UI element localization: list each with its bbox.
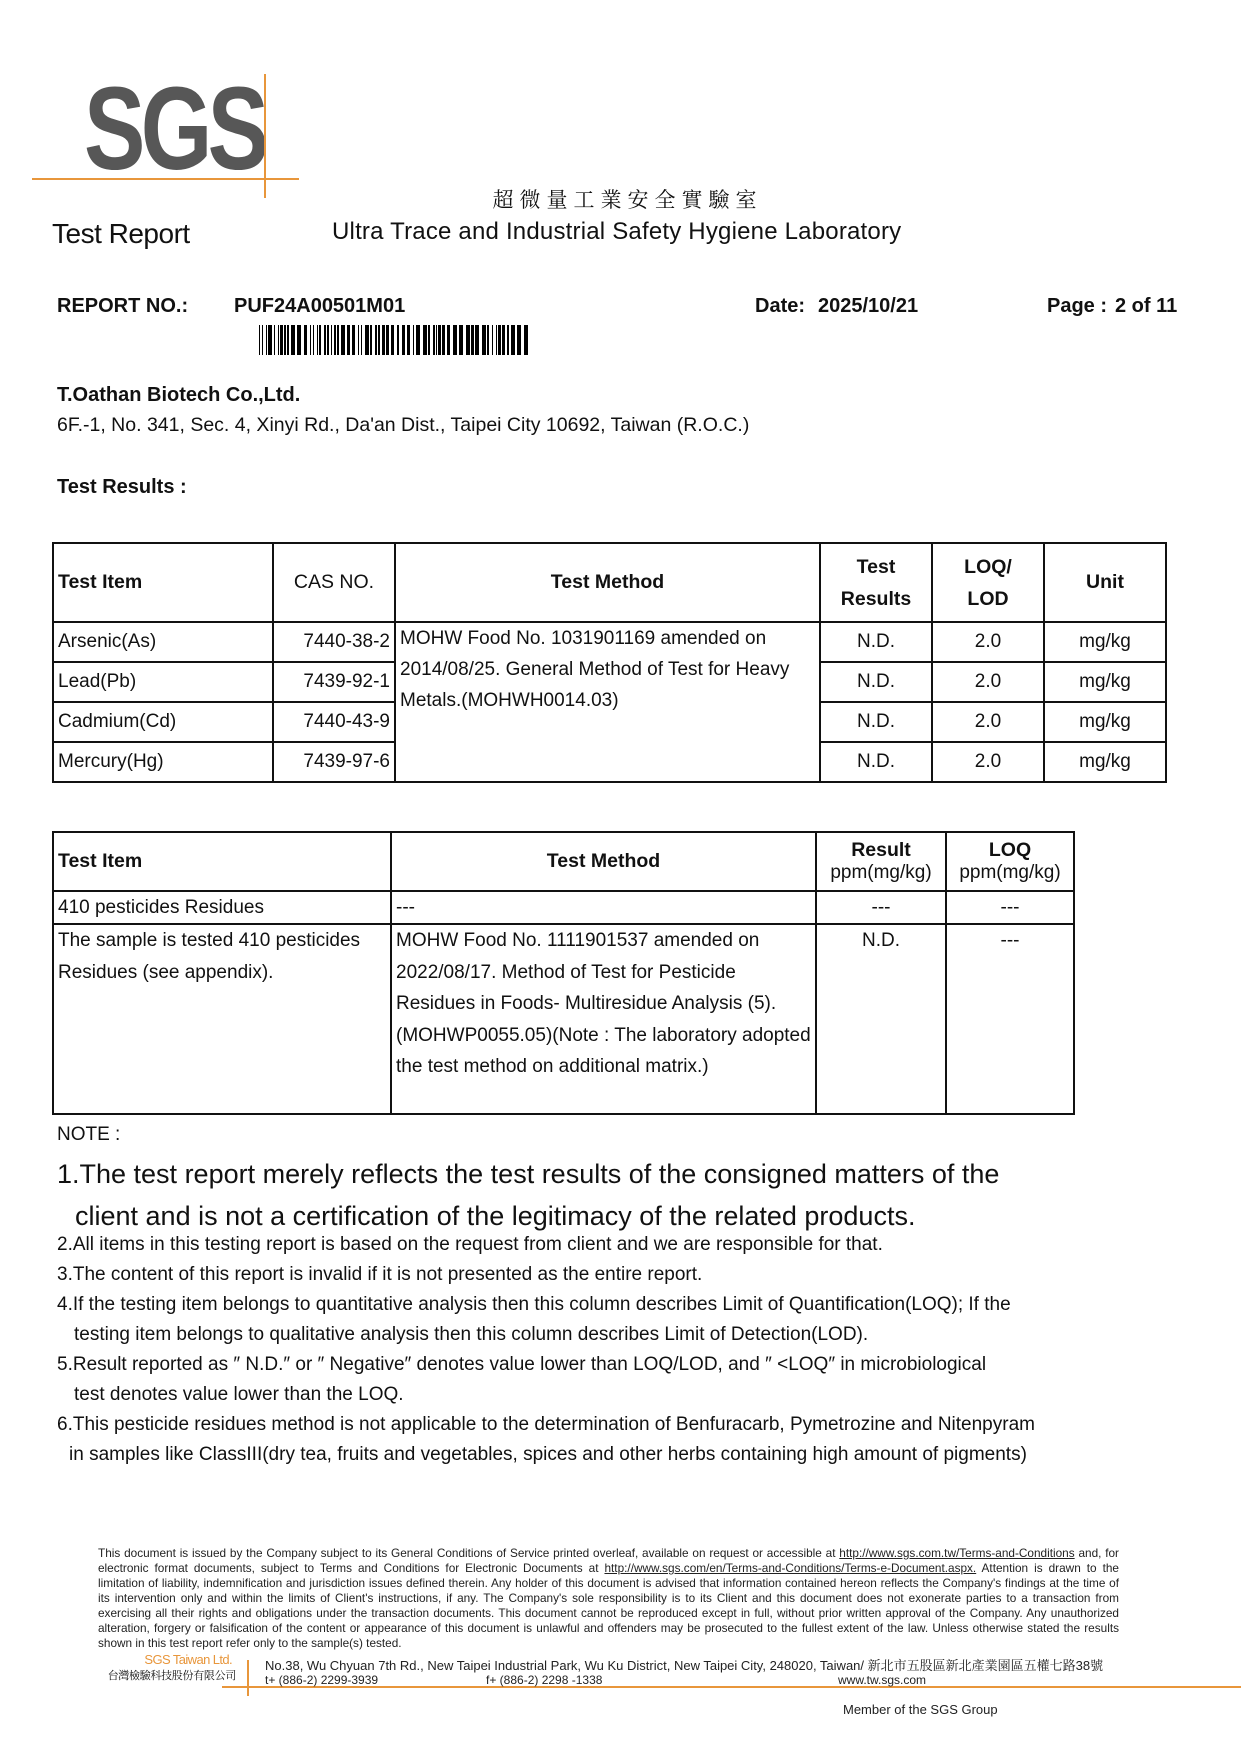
table-header-row: Test Item CAS NO. Test Method Test Resul… <box>53 543 1166 622</box>
footer-address: No.38, Wu Chyuan 7th Rd., New Taipei Ind… <box>265 1655 1103 1674</box>
header-loq-unit: ppm(mg/kg) <box>951 862 1069 884</box>
cell-test-item: Mercury(Hg) <box>53 742 273 782</box>
cell-test-item: 410 pesticides Residues <box>53 891 391 924</box>
page-label: Page : <box>1047 295 1107 318</box>
logo-accent-line <box>254 178 299 180</box>
lab-name-chinese: 超微量工業安全實驗室 <box>0 184 1241 214</box>
header-loq-line2: LOD <box>967 588 1008 610</box>
cell-test-item: Cadmium(Cd) <box>53 702 273 742</box>
cell-loq: 2.0 <box>932 742 1044 782</box>
cell-test-method: --- <box>391 891 816 924</box>
note-6-line1: 6.This pesticide residues method is not … <box>57 1410 1177 1440</box>
cell-result: N.D. <box>820 702 932 742</box>
note-3: 3.The content of this report is invalid … <box>57 1260 1177 1290</box>
table-row: 410 pesticides Residues --- --- --- <box>53 891 1074 924</box>
note-6-line2: in samples like ClassIII(dry tea, fruits… <box>57 1440 1177 1470</box>
footer-company-english: SGS Taiwan Ltd. <box>140 1652 232 1667</box>
header-test-method: Test Method <box>391 832 816 891</box>
cell-unit: mg/kg <box>1044 662 1166 702</box>
logo-accent-line <box>32 178 254 180</box>
note-4-line2: testing item belongs to qualitative anal… <box>57 1320 1177 1350</box>
header-test-results-line1: Test <box>857 556 896 578</box>
cell-unit: mg/kg <box>1044 702 1166 742</box>
pesticide-residues-table: Test Item Test Method Result ppm(mg/kg) … <box>52 831 1075 1115</box>
cell-loq: 2.0 <box>932 702 1044 742</box>
client-name: T.Oathan Biotech Co.,Ltd. <box>57 384 300 407</box>
date-label: Date: <box>755 295 805 318</box>
note-5-line2: test denotes value lower than the LOQ. <box>57 1380 1177 1410</box>
header-result: Result ppm(mg/kg) <box>816 832 946 891</box>
cell-loq: 2.0 <box>932 662 1044 702</box>
cell-test-method: MOHW Food No. 1031901169 amended on 2014… <box>395 622 820 782</box>
cell-unit: mg/kg <box>1044 742 1166 782</box>
header-loq-line1: LOQ/ <box>964 556 1012 578</box>
cell-result: N.D. <box>820 662 932 702</box>
header-loq: LOQ ppm(mg/kg) <box>946 832 1074 891</box>
cell-cas-no: 7439-92-1 <box>273 662 395 702</box>
lab-name-chinese-text: 超微量工業安全實驗室 <box>493 184 763 214</box>
cell-result: N.D. <box>816 924 946 1114</box>
report-no-label: REPORT NO.: <box>57 295 188 318</box>
page-value: 2 of 11 <box>1115 295 1177 318</box>
terms-link[interactable]: http://www.sgs.com.tw/Terms-and-Conditio… <box>839 1546 1074 1560</box>
cell-cas-no: 7439-97-6 <box>273 742 395 782</box>
cell-unit: mg/kg <box>1044 622 1166 662</box>
cell-cas-no: 7440-38-2 <box>273 622 395 662</box>
header-test-method: Test Method <box>395 543 820 622</box>
note-2: 2.All items in this testing report is ba… <box>57 1230 1177 1260</box>
header-test-item: Test Item <box>53 543 273 622</box>
cell-result: N.D. <box>820 622 932 662</box>
cell-cas-no: 7440-43-9 <box>273 702 395 742</box>
lab-name-english: Ultra Trace and Industrial Safety Hygien… <box>332 218 901 246</box>
notes-list: 2.All items in this testing report is ba… <box>57 1230 1177 1470</box>
header-loq-label: LOQ <box>989 839 1031 861</box>
table-row: The sample is tested 410 pesticides Resi… <box>53 924 1074 1114</box>
note-1-line1: 1.The test report merely reflects the te… <box>57 1153 1157 1195</box>
e-document-terms-link[interactable]: http://www.sgs.com/en/Terms-and-Conditio… <box>604 1561 976 1575</box>
report-no-value: PUF24A00501M01 <box>234 295 405 318</box>
cell-test-item: Lead(Pb) <box>53 662 273 702</box>
footer-website: www.tw.sgs.com <box>838 1673 926 1687</box>
date-value: 2025/10/21 <box>818 295 918 318</box>
logo-accent-line <box>264 74 266 198</box>
heavy-metals-table: Test Item CAS NO. Test Method Test Resul… <box>52 542 1167 783</box>
footer-member-note: Member of the SGS Group <box>843 1702 998 1717</box>
cell-loq: --- <box>946 924 1074 1114</box>
table-header-row: Test Item Test Method Result ppm(mg/kg) … <box>53 832 1074 891</box>
test-results-title: Test Results : <box>57 476 187 499</box>
cell-loq: 2.0 <box>932 622 1044 662</box>
client-address: 6F.-1, No. 341, Sec. 4, Xinyi Rd., Da'an… <box>57 414 749 437</box>
legal-disclaimer: This document is issued by the Company s… <box>98 1546 1119 1651</box>
note-5-line1: 5.Result reported as ″ N.D.″ or ″ Negati… <box>57 1350 1177 1380</box>
note-4-line1: 4.If the testing item belongs to quantit… <box>57 1290 1177 1320</box>
header-result-label: Result <box>851 839 911 861</box>
document-title: Test Report <box>52 218 190 250</box>
cell-test-method: MOHW Food No. 1111901537 amended on 2022… <box>391 924 816 1114</box>
cell-test-item: The sample is tested 410 pesticides Resi… <box>53 924 391 1114</box>
cell-loq: --- <box>946 891 1074 924</box>
cell-result: --- <box>816 891 946 924</box>
cell-result: N.D. <box>820 742 932 782</box>
header-unit: Unit <box>1044 543 1166 622</box>
footer-telephone: t+ (886-2) 2299-3939 <box>265 1673 378 1687</box>
header-test-item: Test Item <box>53 832 391 891</box>
footer-accent-line <box>247 1660 249 1696</box>
note-1: 1.The test report merely reflects the te… <box>57 1153 1157 1237</box>
header-cas-no: CAS NO. <box>273 543 395 622</box>
header-test-results-line2: Results <box>841 588 911 610</box>
header-loq-lod: LOQ/ LOD <box>932 543 1044 622</box>
header-test-results: Test Results <box>820 543 932 622</box>
footer-fax: f+ (886-2) 2298 -1338 <box>486 1673 602 1687</box>
footer-company-chinese: 台灣檢驗科技股份有限公司 <box>96 1667 236 1683</box>
note-label: NOTE : <box>57 1124 120 1146</box>
barcode <box>259 325 643 355</box>
cell-test-item: Arsenic(As) <box>53 622 273 662</box>
sgs-logo-text: SGS <box>84 70 264 188</box>
disclaimer-text: This document is issued by the Company s… <box>98 1546 839 1560</box>
table-row: Arsenic(As) 7440-38-2 MOHW Food No. 1031… <box>53 622 1166 662</box>
header-result-unit: ppm(mg/kg) <box>821 862 941 884</box>
